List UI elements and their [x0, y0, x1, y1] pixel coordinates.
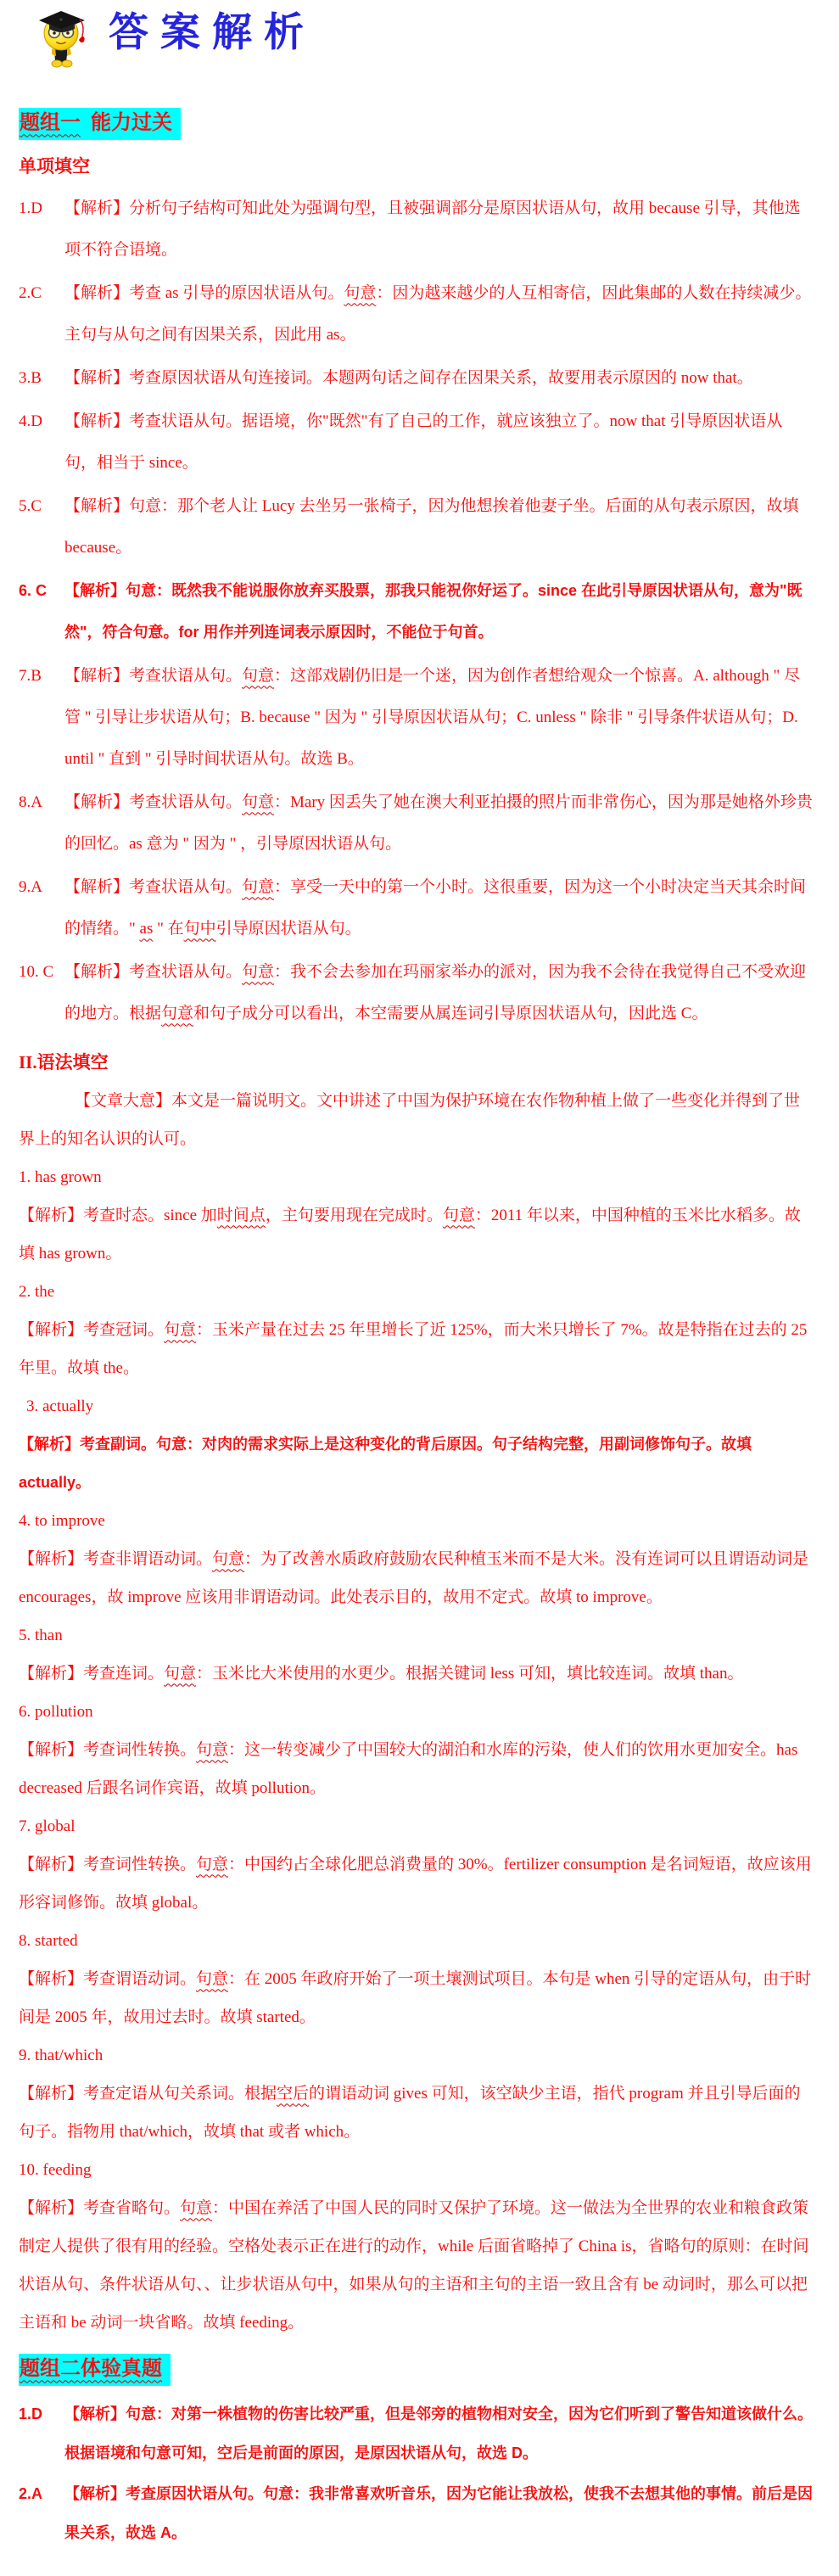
- analysis-text: 【解析】句意：对第一株植物的伤害比较严重，但是邻旁的植物相对安全，因为它们听到了…: [64, 2405, 813, 2461]
- analysis-text: 【解析】考查谓语动词。: [19, 1970, 196, 1988]
- item-analysis: 【解析】考查 as 引导的原因状语从句。句意：因为越来越少的人互相寄信，因此集邮…: [64, 272, 814, 356]
- wavy-underlined-text: 句意: [443, 1207, 475, 1224]
- grammar-heading: II.语法填空: [19, 1048, 814, 1077]
- graduate-student-icon: [29, 5, 97, 74]
- grammar-analysis: 【解析】考查词性转换。句意：中国约占全球化肥总消费量的 30%。fertiliz…: [19, 1845, 814, 1922]
- grammar-analysis: 【解析】考查谓语动词。句意：在 2005 年政府开始了一项土壤测试项目。本句是 …: [19, 1960, 814, 2036]
- answer-item: 7.B【解析】考查状语从句。句意：这部戏剧仍旧是一个迷，因为创作者想给观众一个惊…: [19, 655, 814, 780]
- item-marker: 6. C: [19, 570, 64, 612]
- analysis-text: 【解析】考查定语从句关系词。根据: [19, 2085, 277, 2103]
- wavy-underlined-text: 句中: [184, 920, 216, 938]
- analysis-text: 【解析】考查状语从句。: [64, 878, 242, 896]
- doc-header: 答案解析: [29, 3, 814, 89]
- item-marker: 8.A: [19, 781, 64, 823]
- item-analysis: 【解析】考查状语从句。句意：我不会去参加在玛丽家举办的派对，因为我不会待在我觉得…: [64, 951, 814, 1034]
- wavy-underlined-text: 句意: [196, 1970, 228, 1988]
- answer-sheet-page: 答案解析 题组一 能力过关 单项填空 1.D【解析】分析句子结构可知此处为强调句…: [0, 0, 839, 2576]
- analysis-text: 【解析】句意：既然我不能说服你放弃买股票，那我只能祝你好运了。since 在此引…: [64, 582, 803, 641]
- answer-item: 4.D【解析】考查状语从句。据语境，你"既然"有了自己的工作，就应该独立了。no…: [19, 400, 814, 484]
- grammar-answer: 3. actually: [19, 1387, 814, 1425]
- item-analysis: 【解析】分析句子结构可知此处为强调句型，且被强调部分是原因状语从句，故用 bec…: [64, 188, 814, 271]
- analysis-text: ，主句要用现在完成时。: [266, 1207, 443, 1224]
- item-marker: 1.D: [19, 188, 64, 229]
- item-analysis: 【解析】考查原因状语从句连接词。本题两句话之间存在因果关系，故要用表示原因的 n…: [64, 357, 814, 399]
- answer-item: 2.C【解析】考查 as 引导的原因状语从句。句意：因为越来越少的人互相寄信，因…: [19, 272, 814, 356]
- answer-item: 9.A【解析】考查状语从句。句意：享受一天中的第一个小时。这很重要，因为这一个小…: [19, 866, 814, 949]
- analysis-text: 【解析】考查 as 引导的原因状语从句。: [64, 284, 344, 302]
- wavy-underlined-text: 句意: [196, 1741, 228, 1759]
- wavy-underlined-text: 句意: [242, 963, 274, 981]
- analysis-text: 【解析】考查连词。: [19, 1665, 164, 1683]
- group1-title-rest: 能力过关: [81, 112, 172, 134]
- subheader-single-choice: 单项填空: [19, 154, 814, 179]
- item-analysis: 【解析】考查状语从句。句意：Mary 因丢失了她在澳大利亚拍摄的照片而非常伤心，…: [64, 781, 814, 865]
- grammar-analysis: 【解析】考查时态。since 加时间点，主句要用现在完成时。句意：2011 年以…: [19, 1196, 814, 1273]
- grammar-answer: 2. the: [19, 1273, 814, 1311]
- group2-title-underlined: 题组二体验真题: [20, 2358, 162, 2380]
- analysis-text: 【解析】考查省略句。: [19, 2199, 180, 2217]
- grammar-analysis: 【解析】考查定语从句关系词。根据空后的谓语动词 gives 可知，该空缺少主语，…: [19, 2075, 814, 2151]
- group2-header: 题组二体验真题: [19, 2354, 171, 2386]
- analysis-text: 【解析】考查状语从句。: [64, 793, 242, 811]
- item-marker: 2.A: [19, 2474, 64, 2513]
- grammar-answer: 9. that/which: [19, 2036, 814, 2075]
- wavy-underlined-text: as: [140, 920, 154, 938]
- wavy-underlined-text: 句意: [196, 1856, 228, 1873]
- analysis-text: 【解析】考查时态。since 加: [19, 1207, 217, 1224]
- grammar-answer: 4. to improve: [19, 1502, 814, 1540]
- analysis-text: 【解析】考查状语从句。据语境，你"既然"有了自己的工作，就应该独立了。now t…: [64, 412, 782, 472]
- answer-item: 5.C【解析】句意：那个老人让 Lucy 去坐另一张椅子，因为他想挨着他妻子坐。…: [19, 485, 814, 568]
- grammar-answer: 6. pollution: [19, 1693, 814, 1731]
- grammar-answer: 7. global: [19, 1807, 814, 1845]
- analysis-text: 【解析】考查原因状语从句。句意：我非常喜欢听音乐，因为它能让我放松，使我不去想其…: [64, 2485, 813, 2541]
- analysis-text: " 在: [153, 920, 183, 938]
- grammar-analysis: 【解析】考查连词。句意：玉米比大米使用的水更少。根据关键词 less 可知，填比…: [19, 1655, 814, 1693]
- analysis-text: 引导原因状语从句。: [216, 920, 361, 938]
- grammar-analysis: 【解析】考查非谓语动词。句意：为了改善水质政府鼓励农民种植玉米而不是大米。没有连…: [19, 1540, 814, 1616]
- item-analysis: 【解析】句意：那个老人让 Lucy 去坐另一张椅子，因为他想挨着他妻子坐。后面的…: [64, 485, 814, 568]
- analysis-text: 【解析】考查状语从句。: [64, 963, 242, 981]
- answer-item: 1.D【解析】句意：对第一株植物的伤害比较严重，但是邻旁的植物相对安全，因为它们…: [19, 2394, 814, 2472]
- wavy-underlined-text: 句意: [164, 1665, 196, 1683]
- wavy-underlined-text: 句意: [242, 667, 274, 685]
- page-title: 答案解析: [109, 3, 316, 63]
- answer-item: 6. C【解析】句意：既然我不能说服你放弃买股票，那我只能祝你好运了。since…: [19, 570, 814, 653]
- item-marker: 2.C: [19, 272, 64, 314]
- wavy-underlined-text: 句意: [161, 1005, 193, 1022]
- wavy-underlined-text: 句意: [212, 1550, 244, 1568]
- answer-item: 8.A【解析】考查状语从句。句意：Mary 因丢失了她在澳大利亚拍摄的照片而非常…: [19, 781, 814, 865]
- answer-item: 3.B【解析】考查原因状语从句连接词。本题两句话之间存在因果关系，故要用表示原因…: [19, 357, 814, 399]
- item-marker: 3.B: [19, 357, 64, 399]
- item-analysis: 【解析】考查原因状语从句。句意：我非常喜欢听音乐，因为它能让我放松，使我不去想其…: [64, 2474, 814, 2552]
- grammar-analysis: 【解析】考查副词。句意：对肉的需求实际上是这种变化的背后原因。句子结构完整，用副…: [19, 1425, 814, 1502]
- grammar-analysis: 【解析】考查省略句。句意：中国在养活了中国人民的同时又保护了环境。这一做法为全世…: [19, 2189, 814, 2342]
- group1-title-underlined: 题组一: [20, 112, 81, 134]
- item-analysis: 【解析】句意：对第一株植物的伤害比较严重，但是邻旁的植物相对安全，因为它们听到了…: [64, 2394, 814, 2472]
- real-exam-items: 1.D【解析】句意：对第一株植物的伤害比较严重，但是邻旁的植物相对安全，因为它们…: [19, 2394, 814, 2552]
- passage-summary: 【文章大意】本文是一篇说明文。文中讲述了中国为保护环境在农作物种植上做了一些变化…: [19, 1082, 814, 1158]
- grammar-answer: 8. started: [19, 1922, 814, 1960]
- wavy-underlined-text: 句意: [164, 1321, 196, 1339]
- item-analysis: 【解析】句意：既然我不能说服你放弃买股票，那我只能祝你好运了。since 在此引…: [64, 570, 814, 653]
- analysis-text: ：中国在养活了中国人民的同时又保护了环境。这一做法为全世界的农业和粮食政策制定人…: [19, 2199, 809, 2332]
- analysis-text: 【解析】考查词性转换。: [19, 1741, 196, 1759]
- item-analysis: 【解析】考查状语从句。据语境，你"既然"有了自己的工作，就应该独立了。now t…: [64, 400, 814, 484]
- answer-item: 2.A【解析】考查原因状语从句。句意：我非常喜欢听音乐，因为它能让我放松，使我不…: [19, 2474, 814, 2552]
- wavy-underlined-text: 时间点: [217, 1207, 266, 1224]
- analysis-text: 【解析】考查词性转换。: [19, 1856, 196, 1873]
- analysis-text: 【解析】句意：那个老人让 Lucy 去坐另一张椅子，因为他想挨着他妻子坐。后面的…: [64, 497, 799, 557]
- item-marker: 5.C: [19, 485, 64, 527]
- analysis-text: 【解析】考查冠词。: [19, 1321, 164, 1339]
- item-analysis: 【解析】考查状语从句。句意：这部戏剧仍旧是一个迷，因为创作者想给观众一个惊喜。A…: [64, 655, 814, 780]
- wavy-underlined-text: 句意: [242, 793, 274, 811]
- grammar-items: 1. has grown【解析】考查时态。since 加时间点，主句要用现在完成…: [19, 1158, 814, 2342]
- grammar-analysis: 【解析】考查词性转换。句意：这一转变减少了中国较大的湖泊和水库的污染，使人们的饮…: [19, 1731, 814, 1807]
- grammar-analysis: 【解析】考查冠词。句意：玉米产量在过去 25 年里增长了近 125%，而大米只增…: [19, 1311, 814, 1387]
- item-marker: 9.A: [19, 866, 64, 908]
- analysis-text: 和句子成分可以看出，本空需要从属连词引导原因状语从句，因此选 C。: [193, 1005, 708, 1022]
- wavy-underlined-text: 句意: [344, 284, 376, 302]
- grammar-answer: 5. than: [19, 1616, 814, 1655]
- analysis-text: 【解析】分析句子结构可知此处为强调句型，且被强调部分是原因状语从句，故用 bec…: [64, 199, 801, 259]
- wavy-underlined-text: 空后: [277, 2085, 309, 2103]
- analysis-text: 【解析】考查副词。句意：对肉的需求实际上是这种变化的背后原因。句子结构完整，用副…: [19, 1436, 752, 1491]
- item-marker: 1.D: [19, 2394, 64, 2433]
- item-marker: 10. C: [19, 951, 64, 993]
- item-analysis: 【解析】考查状语从句。句意：享受一天中的第一个小时。这很重要，因为这一个小时决定…: [64, 866, 814, 949]
- grammar-answer: 1. has grown: [19, 1158, 814, 1196]
- item-marker: 4.D: [19, 400, 64, 442]
- grammar-answer: 10. feeding: [19, 2151, 814, 2189]
- wavy-underlined-text: 句意: [242, 878, 274, 896]
- single-choice-items: 1.D【解析】分析句子结构可知此处为强调句型，且被强调部分是原因状语从句，故用 …: [19, 188, 814, 1034]
- answer-item: 1.D【解析】分析句子结构可知此处为强调句型，且被强调部分是原因状语从句，故用 …: [19, 188, 814, 271]
- group1-header: 题组一 能力过关: [19, 108, 181, 140]
- wavy-underlined-text: 句意: [180, 2199, 212, 2217]
- analysis-text: 【解析】考查原因状语从句连接词。本题两句话之间存在因果关系，故要用表示原因的 n…: [64, 369, 753, 387]
- analysis-text: 【解析】考查状语从句。: [64, 667, 242, 685]
- answer-item: 10. C【解析】考查状语从句。句意：我不会去参加在玛丽家举办的派对，因为我不会…: [19, 951, 814, 1034]
- analysis-text: ：玉米比大米使用的水更少。根据关键词 less 可知，填比较连词。故填 than…: [196, 1665, 743, 1683]
- analysis-text: 【解析】考查非谓语动词。: [19, 1550, 212, 1568]
- item-marker: 7.B: [19, 655, 64, 697]
